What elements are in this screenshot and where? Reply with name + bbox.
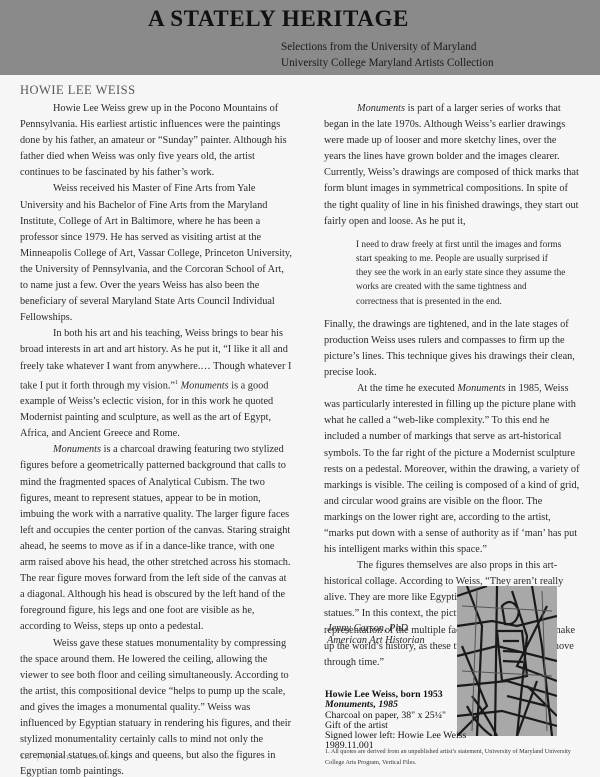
artwork-title: Monuments xyxy=(457,383,505,394)
author-role: American Art Historian xyxy=(327,635,425,647)
footnote-ref: 1 xyxy=(175,380,178,386)
publication-subtitle: Selections from the University of Maryla… xyxy=(281,39,494,71)
page-number: 116 xyxy=(20,752,38,761)
paragraph: Monuments is a charcoal drawing featurin… xyxy=(20,442,292,635)
artwork-title: Monuments xyxy=(357,103,405,114)
paragraph: Howie Lee Weiss grew up in the Pocono Mo… xyxy=(20,101,292,181)
paragraph: Finally, the drawings are tightened, and… xyxy=(324,317,580,381)
subtitle-line-1: Selections from the University of Maryla… xyxy=(281,39,494,55)
page-footer: 116A Stately Heritage xyxy=(20,752,119,761)
text-run: is a charcoal drawing featuring two styl… xyxy=(20,444,291,632)
artwork-title: Monuments xyxy=(53,444,101,455)
text-run: is part of a larger series of works that… xyxy=(324,103,579,227)
publication-title: A STATELY HERITAGE xyxy=(148,6,409,32)
left-column: Howie Lee Weiss grew up in the Pocono Mo… xyxy=(20,101,292,777)
text-run: in 1985, Weiss was particularly interest… xyxy=(324,383,580,555)
page-header: A STATELY HERITAGE Selections from the U… xyxy=(0,0,600,75)
artwork-caption: Howie Lee Weiss, born 1953 Monuments, 19… xyxy=(325,690,466,752)
artist-name-heading: HOWIE LEE WEISS xyxy=(20,83,136,98)
artwork-image xyxy=(457,586,557,736)
author-signature: Jenny Carson, PhD American Art Historian xyxy=(327,623,425,647)
footnote: 1. All quotes are derived from an unpubl… xyxy=(325,746,585,768)
paragraph: Weiss received his Master of Fine Arts f… xyxy=(20,181,292,326)
paragraph: At the time he executed Monuments in 198… xyxy=(324,381,580,558)
author-name: Jenny Carson, PhD xyxy=(327,623,425,635)
artwork-title: Monuments xyxy=(181,380,229,391)
text-run: At the time he executed xyxy=(357,383,457,394)
subtitle-line-2: University College Maryland Artists Coll… xyxy=(281,55,494,71)
cubist-drawing-icon xyxy=(457,586,557,736)
block-quote: I need to draw freely at first until the… xyxy=(356,238,566,309)
running-title: A Stately Heritage xyxy=(44,752,119,761)
paragraph: Monuments is part of a larger series of … xyxy=(324,101,580,230)
paragraph: In both his art and his teaching, Weiss … xyxy=(20,326,292,442)
